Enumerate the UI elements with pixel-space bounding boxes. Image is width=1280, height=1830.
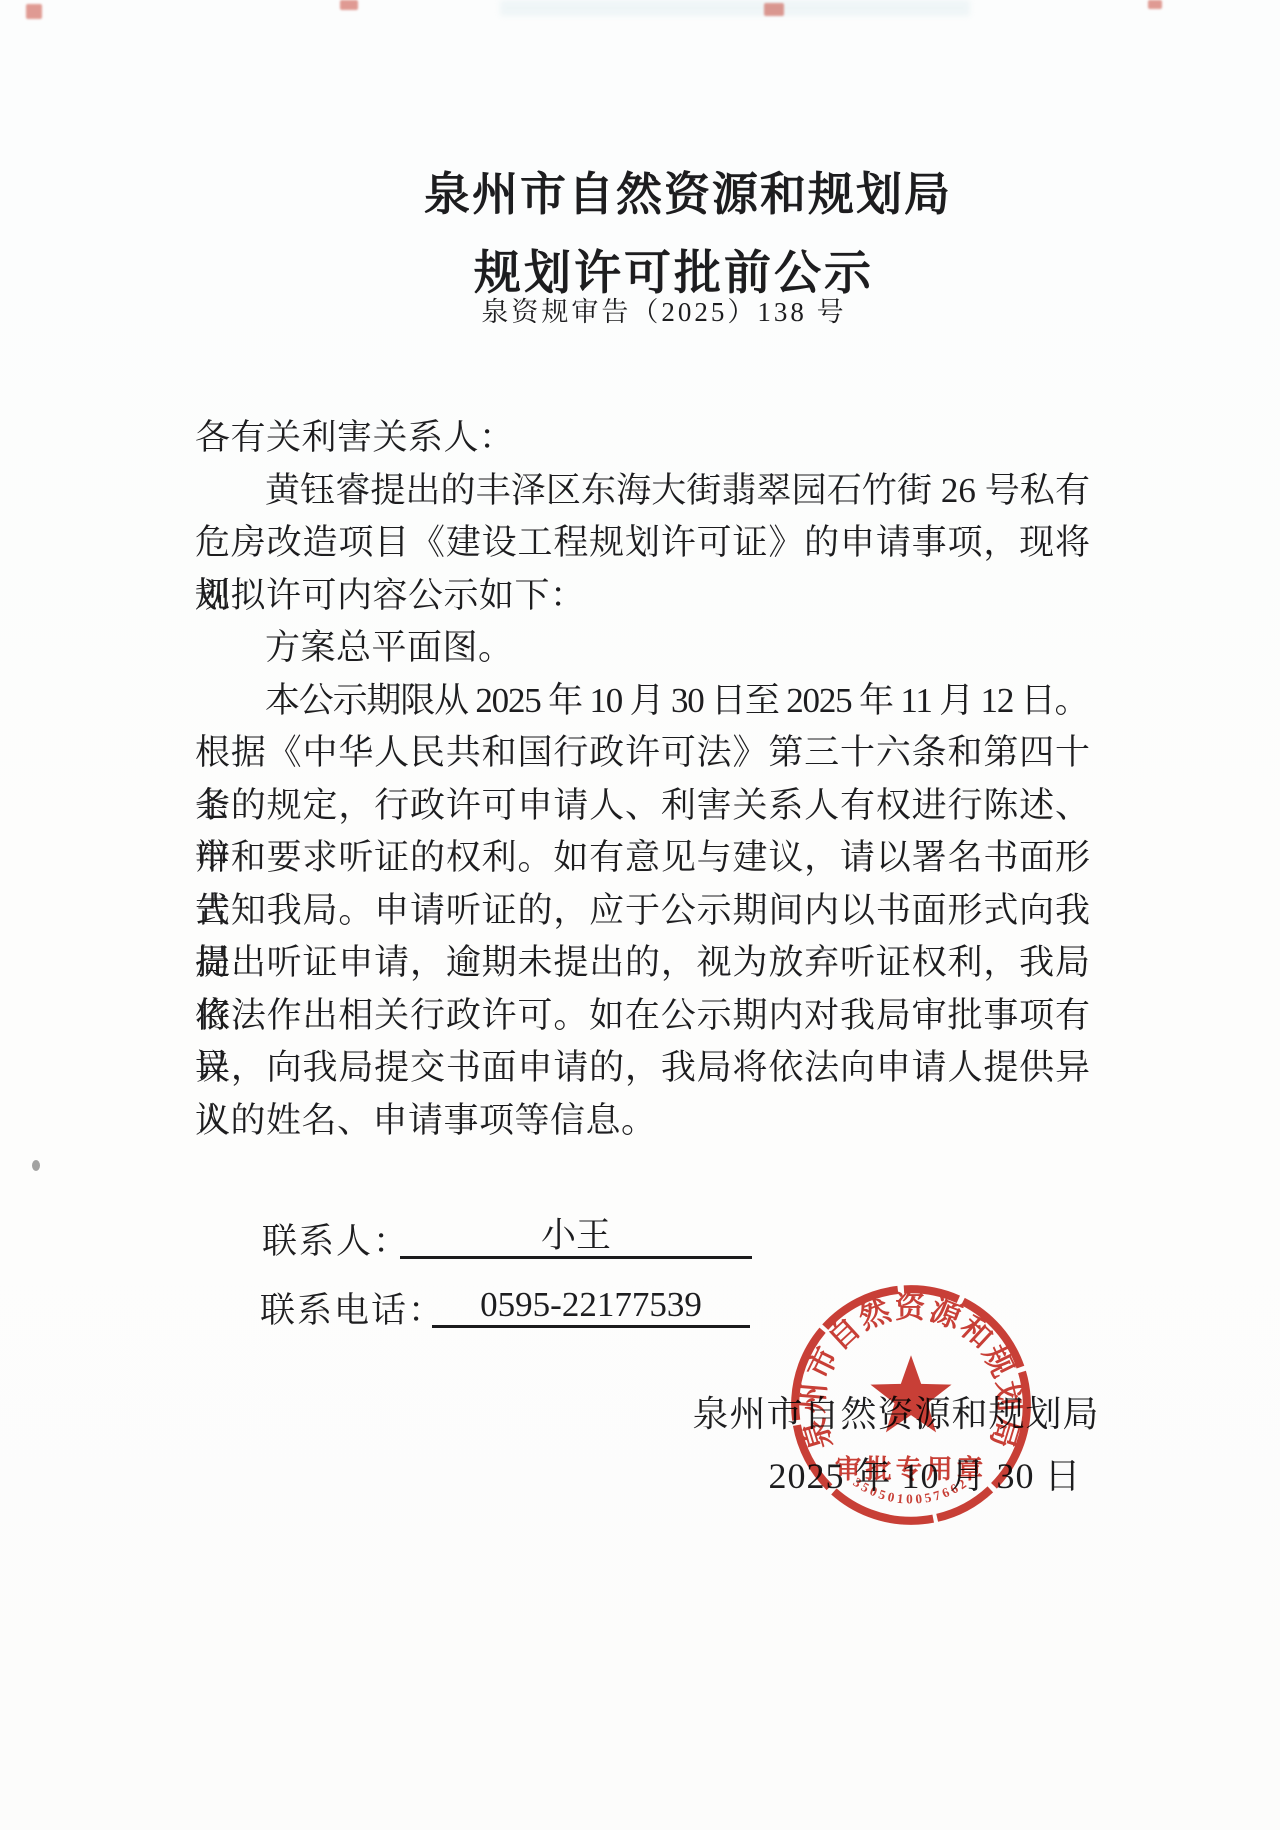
official-seal: 泉州市自然资源和规划局 审批专用章 3505010057662 xyxy=(784,1278,1038,1532)
red-speck xyxy=(1148,0,1162,9)
body-line: 本公示期限从 2025 年 10 月 30 日至 2025 年 11 月 12 … xyxy=(195,675,1090,728)
contact-person-label: 联系人： xyxy=(262,1214,410,1264)
body-line: 人的姓名、申请事项等信息。 xyxy=(195,1095,1090,1148)
document-page: 泉州市自然资源和规划局 规划许可批前公示 泉资规审告（2025）138 号 各有… xyxy=(0,0,1280,1830)
scan-smudge xyxy=(500,0,970,16)
body-line: 根据《中华人民共和国行政许可法》第三十六条和第四十七 xyxy=(195,727,1090,780)
body-line: 黄钰睿提出的丰泽区东海大街翡翠园石竹街 26 号私有 xyxy=(195,465,1090,518)
body-line: 条的规定，行政许可申请人、利害关系人有权进行陈述、申 xyxy=(195,780,1090,833)
contact-person-value: 小王 xyxy=(400,1212,752,1259)
body-line: 依法作出相关行政许可。如在公示期内对我局审批事项有异 xyxy=(195,990,1090,1043)
contact-phone-value: 0595-22177539 xyxy=(432,1281,750,1328)
body-line: 划拟许可内容公示如下： xyxy=(195,570,1090,623)
document-body: 各有关利害关系人： 黄钰睿提出的丰泽区东海大街翡翠园石竹街 26 号私有 危房改… xyxy=(195,412,1090,1147)
salutation-line: 各有关利害关系人： xyxy=(195,412,1090,465)
red-speck xyxy=(764,3,784,16)
margin-dot xyxy=(32,1160,40,1171)
red-speck xyxy=(340,0,358,10)
body-line: 辩和要求听证的权利。如有意见与建议，请以署名书面形式 xyxy=(195,832,1090,885)
body-line: 议，向我局提交书面申请的，我局将依法向申请人提供异议 xyxy=(195,1042,1090,1095)
contact-phone-label: 联系电话： xyxy=(260,1283,445,1333)
body-line: 方案总平面图。 xyxy=(195,622,1090,675)
body-line: 告知我局。申请听证的，应于公示期间内以书面形式向我局 xyxy=(195,885,1090,938)
body-line: 危房改造项目《建设工程规划许可证》的申请事项，现将规 xyxy=(195,517,1090,570)
doc-number: 泉资规审告（2025）138 号 xyxy=(24,290,1280,329)
doc-title-line1: 泉州市自然资源和规划局 xyxy=(48,158,1280,224)
body-line: 提出听证申请，逾期未提出的，视为放弃听证权利，我局将 xyxy=(195,937,1090,990)
seal-star-icon xyxy=(870,1355,951,1432)
red-speck xyxy=(26,4,42,19)
